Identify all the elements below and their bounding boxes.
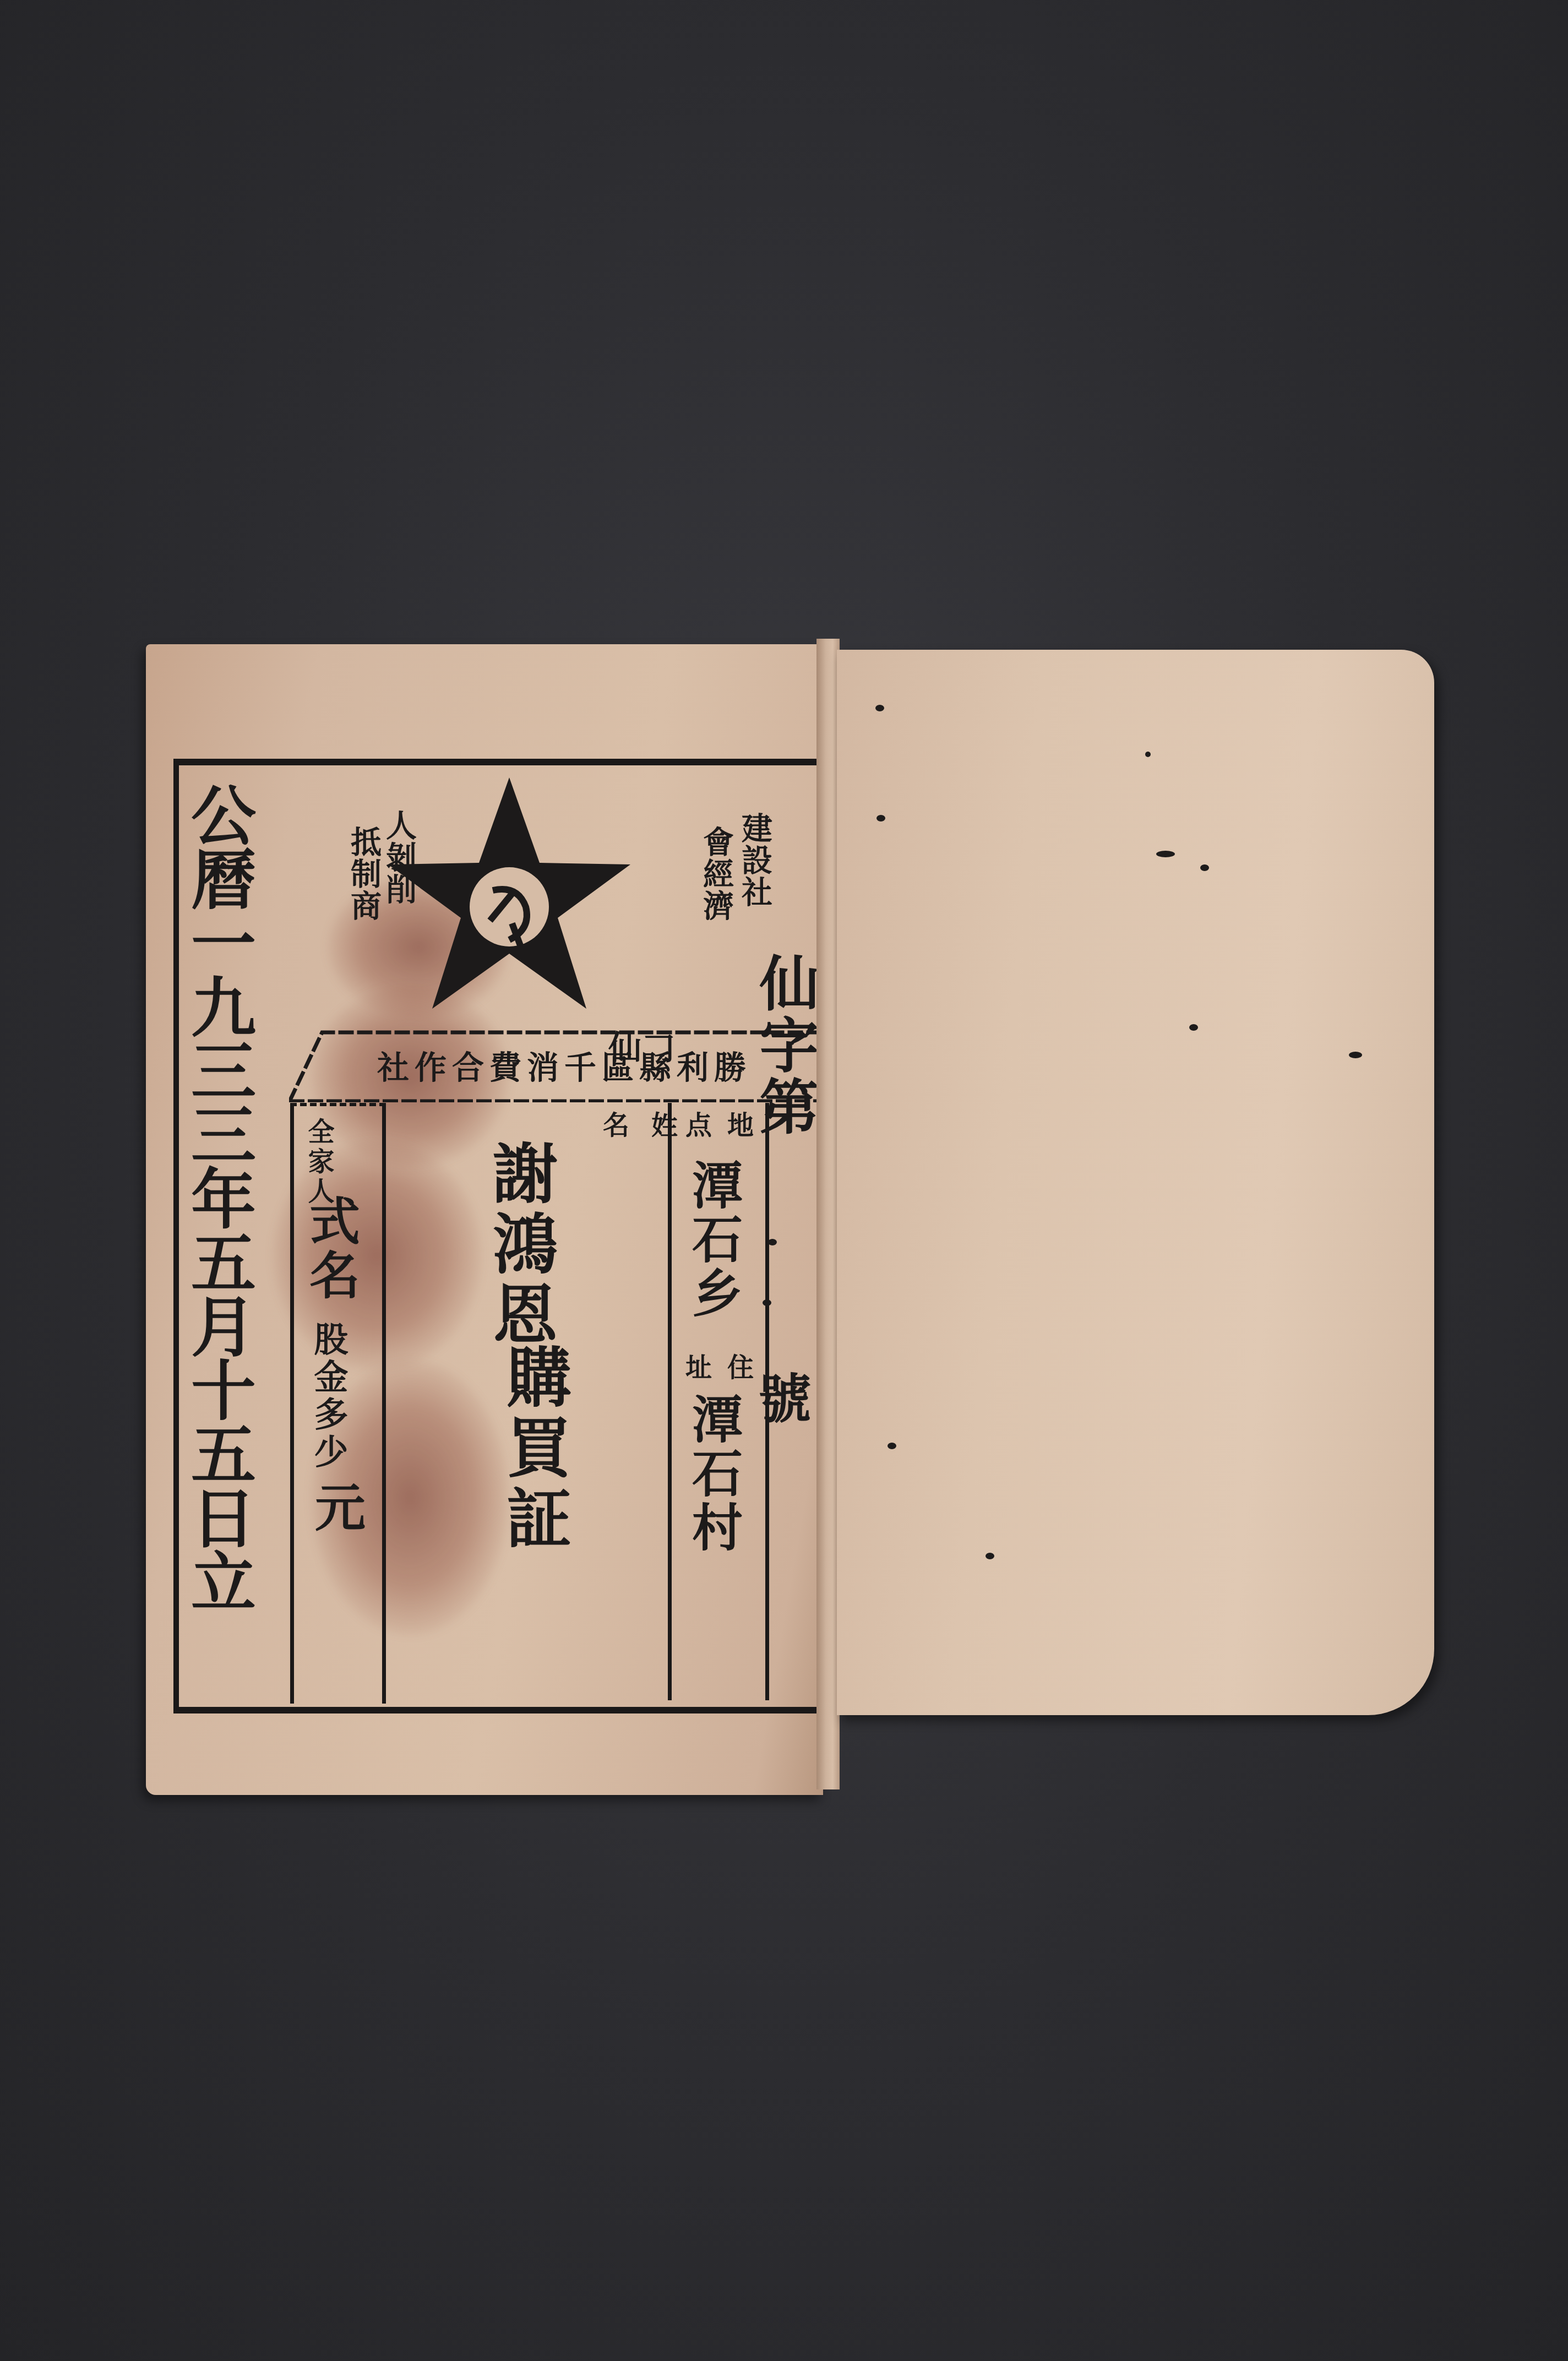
right-page [837, 650, 1434, 1715]
worm-hole [888, 1443, 896, 1449]
worm-hole [1349, 1052, 1362, 1058]
holder-name: 謝鴻恩 [487, 1140, 552, 1351]
family-members: 式名 [306, 1195, 356, 1303]
worm-hole [768, 1239, 777, 1245]
worm-hole [763, 1299, 771, 1306]
worm-hole [1156, 851, 1175, 857]
date-line: 公曆一九三三年五月十五日立 [186, 782, 251, 1612]
certificate-type: 購買証 [501, 1343, 566, 1555]
worm-hole [1145, 752, 1151, 757]
serial-prefix: 仙字第 [754, 953, 814, 1138]
worm-hole [1200, 864, 1209, 871]
shares-value: 元 [311, 1481, 362, 1535]
slogan-right-2: 會經濟 [701, 826, 732, 922]
worm-hole [876, 815, 885, 822]
booklet: 公曆一九三三年五月十五日立 人剝削 抵制商 建設社 會經濟 仙𠃌 勝利縣區千消費… [146, 639, 1440, 1795]
place-value: 潭石乡 [688, 1159, 739, 1321]
worm-hole [986, 1553, 994, 1559]
shares-label: 股金多少 [311, 1321, 345, 1471]
org-banner: 勝利縣區千消費合作社 [311, 1042, 818, 1088]
slogan-right-1: 建設社 [739, 812, 770, 908]
worm-hole [875, 705, 884, 711]
worm-hole [1189, 1024, 1198, 1031]
address-value: 潭石村 [688, 1393, 739, 1555]
family-label: 全家人 [306, 1118, 332, 1207]
slogan-left-2: 抵制商 [349, 826, 379, 922]
book-spine [816, 639, 840, 1789]
serial-suffix: 號 [754, 1371, 807, 1426]
left-page: 公曆一九三三年五月十五日立 人剝削 抵制商 建設社 會經濟 仙𠃌 勝利縣區千消費… [146, 644, 823, 1795]
star-with-hammer-sickle-icon [383, 772, 636, 1014]
